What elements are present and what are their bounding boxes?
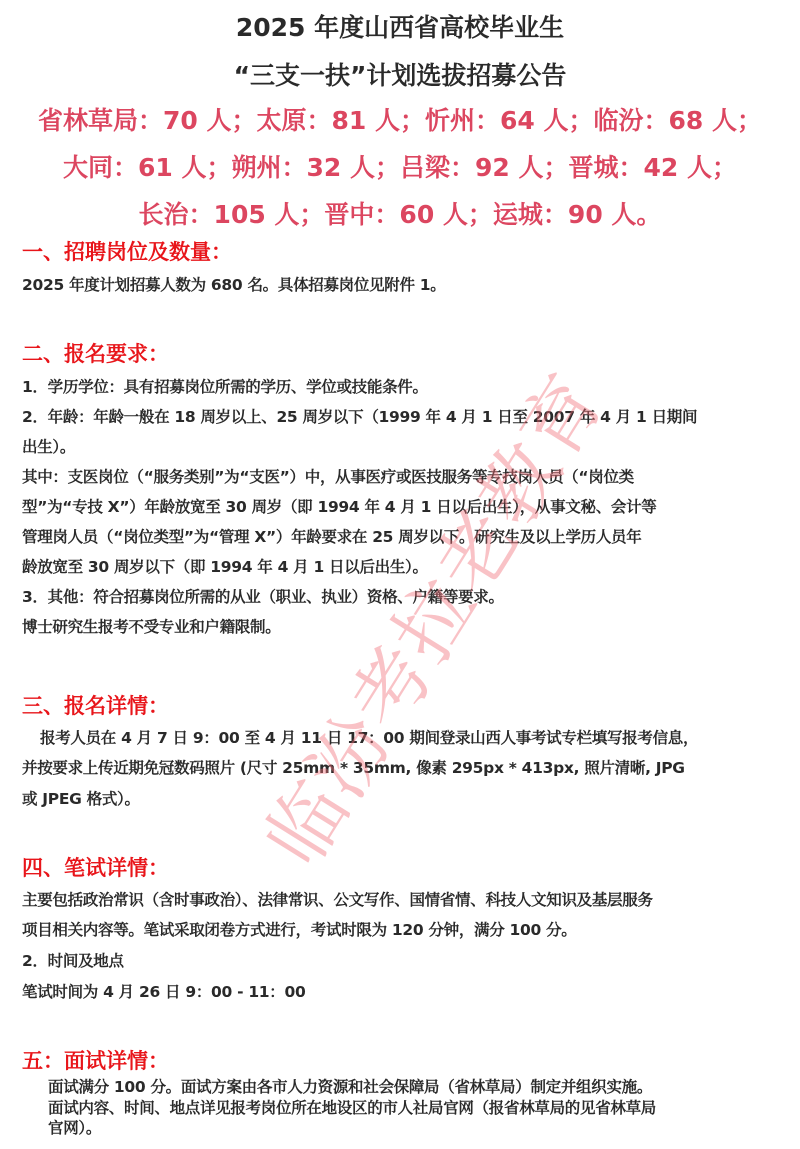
section-text: 并按要求上传近期免冠数码照片 (尺寸 25mm * 35mm, 像素 295px… (22, 756, 685, 778)
section-text: 3．其他：符合招募岗位所需的从业（职业、执业）资格、户籍等要求。 (22, 585, 504, 607)
section-text: 主要包括政治常识（含时事政治）、法律常识、公文写作、国情省情、科技人文知识及基层… (22, 888, 653, 910)
section-text: 面试满分 100 分。面试方案由各市人力资源和社会保障局（省林草局）制定并组织实… (48, 1075, 652, 1097)
section-heading-interview: 五：面试详情： (22, 1045, 169, 1075)
quota-line-3: 长治：105 人；晋中：60 人；运城：90 人。 (0, 195, 800, 231)
title-line-2: “三支一扶”计划选拔招募公告 (0, 56, 800, 92)
quota-line-1: 省林草局：70 人；太原：81 人；忻州：64 人；临汾：68 人； (0, 101, 800, 137)
section-text: 2．年龄：年龄一般在 18 周岁以上、25 周岁以下（1999 年 4 月 1 … (22, 405, 697, 427)
section-text: 官网）。 (48, 1116, 101, 1138)
section-text: 出生）。 (22, 435, 75, 457)
announcement-page: 2025 年度山西省高校毕业生 “三支一扶”计划选拔招募公告 省林草局：70 人… (0, 0, 800, 1149)
section-text: 或 JPEG 格式）。 (22, 787, 140, 809)
section-text: 报考人员在 4 月 7 日 9：00 至 4 月 11 日 17：00 期间登录… (40, 726, 698, 748)
section-heading-registration: 三、报名详情： (22, 690, 169, 720)
section-text: 龄放宽至 30 周岁以下（即 1994 年 4 月 1 日以后出生）。 (22, 555, 428, 577)
section-heading-written-exam: 四、笔试详情： (22, 852, 169, 882)
title-line-1: 2025 年度山西省高校毕业生 (0, 8, 800, 44)
section-text: 其中：支医岗位（“服务类别”为“支医”）中，从事医疗或医技服务等专技岗人员（“岗… (22, 465, 634, 487)
section-text: 型”为“专技 X”）年龄放宽至 30 周岁（即 1994 年 4 月 1 日以后… (22, 495, 657, 517)
section-text: 项目相关内容等。笔试采取闭卷方式进行，考试时限为 120 分钟，满分 100 分… (22, 918, 577, 940)
section-heading-positions: 一、招聘岗位及数量： (22, 236, 232, 266)
quota-line-2: 大同：61 人；朔州：32 人；吕梁：92 人；晋城：42 人； (0, 148, 800, 184)
section-text: 面试内容、时间、地点详见报考岗位所在地设区的市人社局官网（报省林草局的见省林草局 (48, 1096, 656, 1118)
watermark-text: 临汾考拉老教育 (234, 349, 626, 883)
section-text: 管理岗人员（“岗位类型”为“管理 X”）年龄要求在 25 周岁以下。研究生及以上… (22, 525, 641, 547)
section-text: 博士研究生报考不受专业和户籍限制。 (22, 615, 280, 637)
section-text: 1．学历学位：具有招募岗位所需的学历、学位或技能条件。 (22, 375, 428, 397)
section-text: 笔试时间为 4 月 26 日 9：00 - 11：00 (22, 980, 305, 1002)
section-text: 2025 年度计划招募人数为 680 名。具体招募岗位见附件 1。 (22, 273, 445, 295)
section-text: 2．时间及地点 (22, 949, 124, 971)
section-heading-requirements: 二、报名要求： (22, 338, 169, 368)
